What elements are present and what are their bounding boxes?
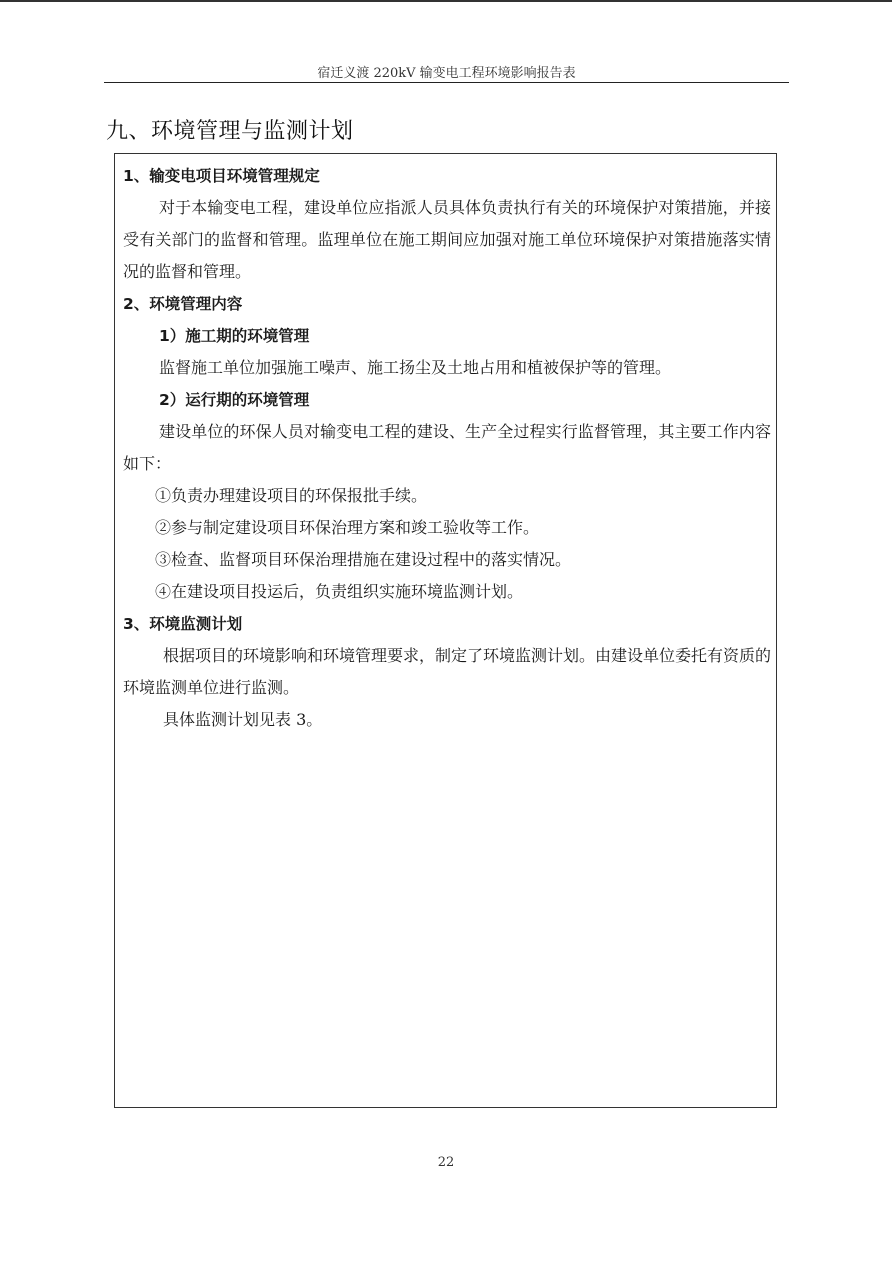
list-item: ①负责办理建设项目的环保报批手续。 bbox=[123, 480, 771, 512]
paragraph-monitoring-note: 具体监测计划见表 3。 bbox=[123, 704, 771, 736]
heading-monitoring-plan: 3、环境监测计划 bbox=[123, 608, 771, 640]
section-title: 九、环境管理与监测计划 bbox=[106, 114, 354, 145]
page-top-edge bbox=[0, 0, 892, 2]
list-item: ②参与制定建设项目环保治理方案和竣工验收等工作。 bbox=[123, 512, 771, 544]
header-rule bbox=[104, 82, 789, 83]
paragraph-management-rules: 对于本输变电工程，建设单位应指派人员具体负责执行有关的环境保护对策措施，并接受有… bbox=[123, 192, 771, 288]
page-number: 22 bbox=[0, 1155, 892, 1170]
paragraph-operation-period: 建设单位的环保人员对输变电工程的建设、生产全过程实行监督管理，其主要工作内容如下… bbox=[123, 416, 771, 480]
list-item: ③检查、监督项目环保治理措施在建设过程中的落实情况。 bbox=[123, 544, 771, 576]
list-item: ④在建设项目投运后，负责组织实施环境监测计划。 bbox=[123, 576, 771, 608]
content-body: 1、输变电项目环境管理规定 对于本输变电工程，建设单位应指派人员具体负责执行有关… bbox=[123, 160, 771, 736]
heading-management-content: 2、环境管理内容 bbox=[123, 288, 771, 320]
content-box: 1、输变电项目环境管理规定 对于本输变电工程，建设单位应指派人员具体负责执行有关… bbox=[114, 153, 777, 1108]
running-header: 宿迁义渡 220kV 输变电工程环境影响报告表 bbox=[104, 62, 789, 81]
heading-management-rules: 1、输变电项目环境管理规定 bbox=[123, 160, 771, 192]
subheading-operation-period: 2）运行期的环境管理 bbox=[123, 384, 771, 416]
subheading-construction-period: 1）施工期的环境管理 bbox=[123, 320, 771, 352]
paragraph-construction-period: 监督施工单位加强施工噪声、施工扬尘及土地占用和植被保护等的管理。 bbox=[123, 352, 771, 384]
paragraph-monitoring-plan: 根据项目的环境影响和环境管理要求，制定了环境监测计划。由建设单位委托有资质的环境… bbox=[123, 640, 771, 704]
